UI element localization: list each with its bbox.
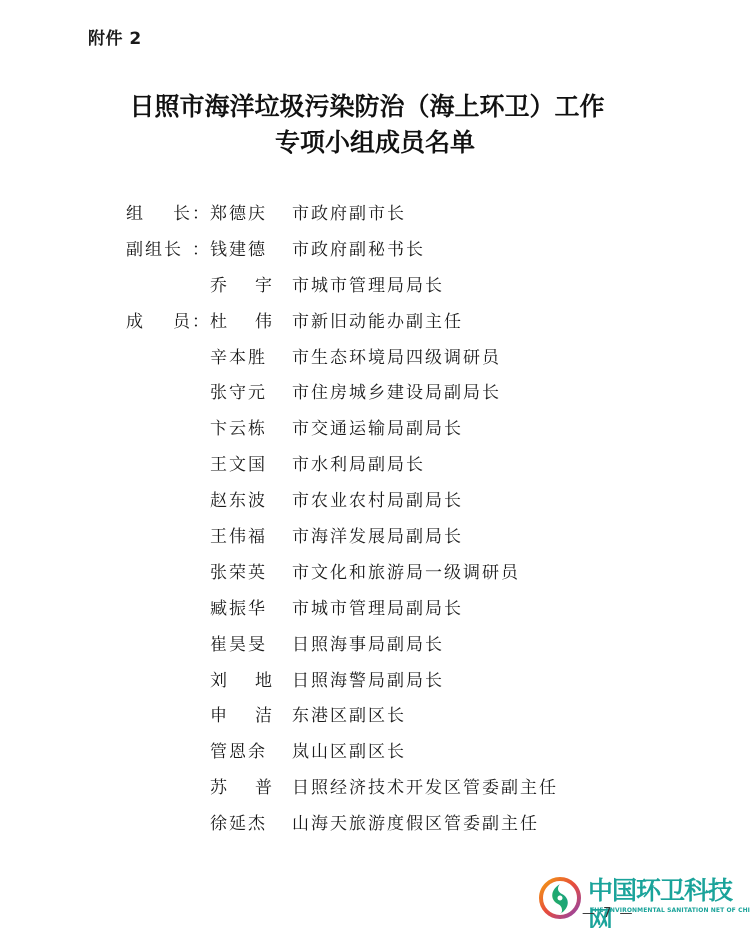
member-position: 市生态环境局四级调研员 [292,343,501,373]
member-position: 市城市管理局副局长 [292,594,463,624]
role-colon: ： [192,235,211,265]
member-position: 日照海事局副局长 [292,630,444,660]
member-name: 臧振华 [210,594,274,624]
member-name: 苏普 [210,773,274,803]
member-position: 东港区副区长 [292,701,406,731]
member-position: 山海天旅游度假区管委副主任 [292,809,539,839]
member-position: 市文化和旅游局一级调研员 [292,558,520,588]
member-name: 王文国 [210,450,274,480]
member-name: 卞云栋 [210,414,274,444]
member-name: 辛本胜 [210,343,274,373]
member-position: 市住房城乡建设局副局长 [292,378,501,408]
page-number: — 7 — [582,906,635,921]
member-position: 岚山区副区长 [292,737,406,767]
attachment-label: 附件 2 [88,24,142,49]
member-position: 市交通运输局副局长 [292,414,463,444]
member-name: 崔昊旻 [210,630,274,660]
member-name: 徐延杰 [210,809,274,839]
member-position: 日照海警局副局长 [292,666,444,696]
member-position: 市政府副秘书长 [292,235,425,265]
document-title-line1: 日照市海洋垃圾污染防治（海上环卫）工作 [0,88,742,126]
member-position: 市水利局副局长 [292,450,425,480]
member-name: 乔宇 [210,271,274,301]
member-position: 市农业农村局副局长 [292,486,463,516]
member-position: 市城市管理局局长 [292,271,444,301]
document-title-line2: 专项小组成员名单 [0,124,750,162]
member-position: 日照经济技术开发区管委副主任 [292,773,558,803]
member-name: 管恩余 [210,737,274,767]
member-name: 赵东波 [210,486,274,516]
member-name: 杜伟 [210,307,274,337]
member-position: 市政府副市长 [292,199,406,229]
role-label: 成员 [126,307,192,337]
watermark: 中国环卫科技网 THE ENVIRONMENTAL SANITATION NET… [538,874,750,924]
member-name: 刘地 [210,666,274,696]
member-name: 郑德庆 [210,199,274,229]
swirl-logo-icon [538,876,582,920]
member-position: 市海洋发展局副局长 [292,522,463,552]
role-colon: ： [192,307,211,337]
member-name: 王伟福 [210,522,274,552]
role-label: 组长 [126,199,192,229]
role-colon: ： [192,199,211,229]
member-name: 钱建德 [210,235,274,265]
member-name: 张守元 [210,378,274,408]
member-name: 申洁 [210,701,274,731]
member-name: 张荣英 [210,558,274,588]
member-position: 市新旧动能办副主任 [292,307,463,337]
